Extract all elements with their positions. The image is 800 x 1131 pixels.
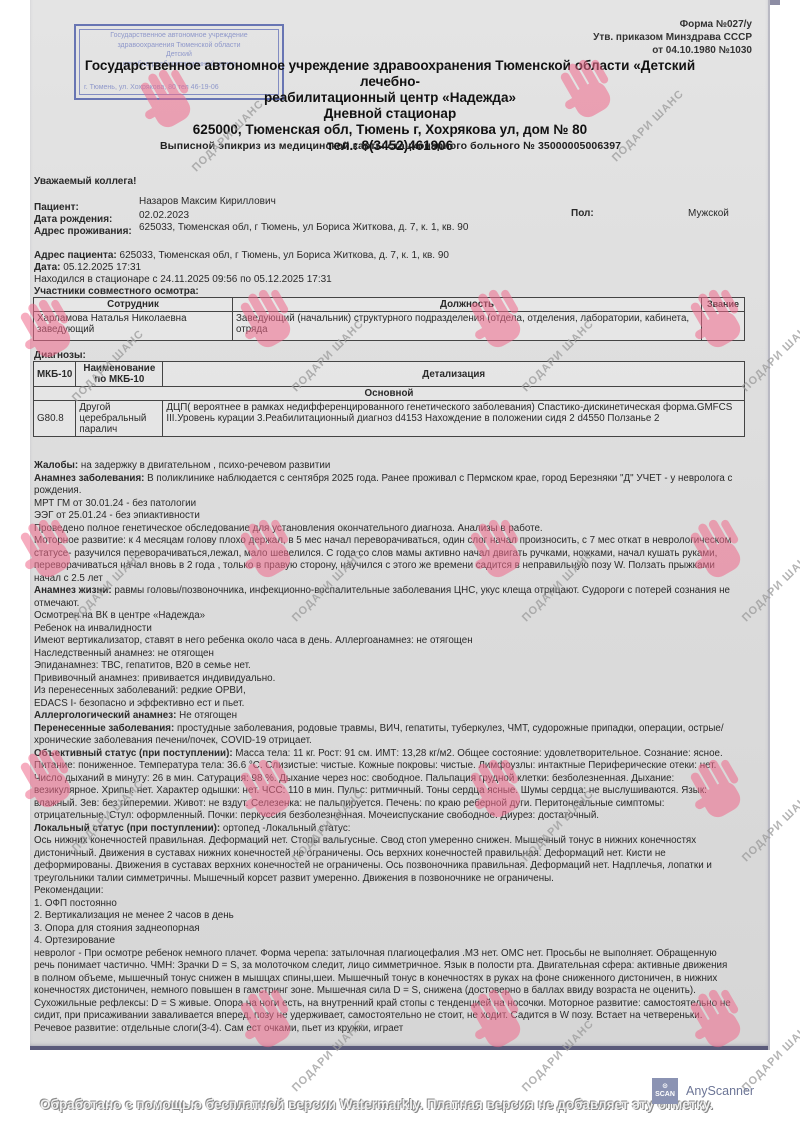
- document-title: Выписной эпикриз из медицинской карты ст…: [160, 140, 621, 152]
- life-line: Из перенесенных заболеваний: редкие ОРВИ…: [34, 685, 734, 698]
- participants-header-position: Должность: [233, 298, 702, 312]
- stay-period: Находился в стационаре с 24.11.2025 09:5…: [34, 274, 332, 287]
- date-value: 05.12.2025 17:31: [63, 262, 141, 273]
- diagnoses-header-code: МКБ-10: [34, 362, 76, 387]
- allergy-label: Аллергологический анамнез:: [34, 710, 176, 721]
- complaints-label: Жалобы:: [34, 460, 78, 471]
- anyscanner-badge: ⊙ SCAN AnyScanner: [652, 1078, 754, 1104]
- form-number: Форма №027/у: [593, 18, 752, 31]
- life-line: Имеют вертикализатор, ставят в него ребе…: [34, 635, 734, 648]
- diagnosis-detail: ДЦП( вероятнее в рамках недифференцирова…: [163, 401, 745, 437]
- local-status-details: Ось нижних конечностей правильная. Дефор…: [34, 835, 734, 885]
- past-label: Перенесенные заболевания:: [34, 723, 174, 734]
- form-approval: Утв. приказом Минздрава СССР: [593, 31, 752, 44]
- diagnosis-name: Другой церебральный паралич: [76, 401, 163, 437]
- dob-label: Дата рождения:: [34, 214, 112, 227]
- stamp-line: Государственное автономное учреждение: [82, 31, 276, 41]
- life-line: EDACS I- безопасно и эффективно ест и пь…: [34, 698, 734, 711]
- mri-result: МРТ ГМ от 30.01.24 - без патологии: [34, 498, 734, 511]
- org-address: 625000, Тюменская обл, Тюмень г, Хохряко…: [70, 122, 710, 138]
- participant-employee: Харламова Наталья Николаевна заведующий: [34, 312, 233, 341]
- patient-label: Пациент:: [34, 202, 79, 215]
- org-name-line2: реабилитационный центр «Надежда»: [70, 90, 710, 106]
- complaints: Жалобы: на задержку в двигательном , пси…: [34, 460, 734, 473]
- epicrisis-body: Жалобы: на задержку в двигательном , пси…: [34, 460, 734, 1035]
- patient-address-label: Адрес пациента:: [34, 250, 117, 261]
- recommendation-item: 3. Опора для стояния заднеопорная: [34, 923, 734, 936]
- date-label: Дата:: [34, 262, 60, 273]
- scan-icon-label: SCAN: [655, 1091, 675, 1099]
- diagnoses-table: МКБ-10 Наименование по МКБ-10 Детализаци…: [33, 361, 745, 437]
- scan-icon: ⊙ SCAN: [652, 1078, 678, 1104]
- neurologist-text: речь понимает частично. ЧМН: Зрачки D = …: [34, 960, 734, 1035]
- motor-development: Моторное развитие: к 4 месяцам голову пл…: [34, 535, 734, 585]
- diagnoses-section-main: Основной: [34, 387, 745, 401]
- recommendation-item: 4. Ортезирование: [34, 935, 734, 948]
- participants-table: Сотрудник Должность Звание Харламова Нат…: [33, 297, 745, 341]
- diagnosis-code: G80.8: [34, 401, 76, 437]
- life-line: Осмотрен на ВК в центре «Надежда»: [34, 610, 734, 623]
- genetic-exam: Проведено полное генетическое обследован…: [34, 523, 734, 536]
- local-status: Локальный статус (при поступлении): орто…: [34, 823, 734, 836]
- objective-status: Объективный статус (при поступлении): Ма…: [34, 748, 734, 823]
- participants-header-rank: Звание: [702, 298, 745, 312]
- life-label: Анамнез жизни:: [34, 585, 112, 596]
- life-line: Эпиданамнез: ТВС, гепатитов, В20 в семье…: [34, 660, 734, 673]
- life-line: Наследственный анамнез: не отягощен: [34, 648, 734, 661]
- form-reference: Форма №027/у Утв. приказом Минздрава ССС…: [593, 18, 752, 57]
- participant-rank: [702, 312, 745, 341]
- disease-anamnesis: Анамнез заболевания: В поликлинике наблю…: [34, 473, 734, 498]
- diagnoses-header-name: Наименование по МКБ-10: [76, 362, 163, 387]
- patient-residence: 625033, Тюменская обл, г Тюмень, ул Бори…: [139, 222, 468, 235]
- patient-name: Назаров Максим Кириллович: [139, 196, 276, 209]
- recommendation-item: 1. ОФП постоянно: [34, 898, 734, 911]
- recommendations-label: Рекомендации:: [34, 885, 734, 898]
- org-name-line1: Государственное автономное учреждение зд…: [70, 58, 710, 90]
- life-text: равмы головы/позвоночника, инфекционно-в…: [34, 585, 730, 609]
- allergy-text: Не отягощен: [179, 710, 237, 721]
- watermarkly-notice: Обработано с помощью бесплатной версии W…: [40, 1097, 713, 1112]
- life-line: Прививочный анамнез: прививается индивид…: [34, 673, 734, 686]
- anamnesis-label: Анамнез заболевания:: [34, 473, 144, 484]
- org-department: Дневной стационар: [70, 106, 710, 122]
- local-text: ортопед -Локальный статус:: [223, 823, 351, 834]
- diagnoses-header-detail: Детализация: [163, 362, 745, 387]
- patient-address-row: Адрес пациента: 625033, Тюменская обл, г…: [34, 250, 449, 263]
- participants-header-employee: Сотрудник: [34, 298, 233, 312]
- scan-icon-glyph: ⊙: [662, 1083, 668, 1091]
- patient-address: 625033, Тюменская обл, г Тюмень, ул Бори…: [120, 250, 449, 261]
- sex-label: Пол:: [571, 208, 594, 221]
- life-line: Ребенок на инвалидности: [34, 623, 734, 636]
- stamp-line: здравоохранения Тюменской области: [82, 41, 276, 51]
- recommendation-item: 2. Вертикализация не менее 2 часов в ден…: [34, 910, 734, 923]
- patient-dob: 02.02.2023: [139, 210, 189, 223]
- table-row: G80.8 Другой церебральный паралич ДЦП( в…: [34, 401, 745, 437]
- past-diseases: Перенесенные заболевания: простудные заб…: [34, 723, 734, 748]
- neurologist-intro: невролог - При осмотре ребенок немного п…: [34, 948, 734, 961]
- patient-sex: Мужской: [688, 208, 729, 221]
- local-label: Локальный статус (при поступлении):: [34, 823, 220, 834]
- form-order: от 04.10.1980 №1030: [593, 44, 752, 57]
- table-row: Харламова Наталья Николаевна заведующий …: [34, 312, 745, 341]
- life-anamnesis: Анамнез жизни: равмы головы/позвоночника…: [34, 585, 734, 610]
- greeting: Уважаемый коллега!: [34, 176, 136, 189]
- date-row: Дата: 05.12.2025 17:31: [34, 262, 141, 275]
- complaints-text: на задержку в двигательном , психо-речев…: [81, 460, 330, 471]
- participant-position: Заведующий (начальник) структурного подр…: [233, 312, 702, 341]
- allergy-anamnesis: Аллергологический анамнез: Не отягощен: [34, 710, 734, 723]
- scanner-name: AnyScanner: [686, 1084, 754, 1098]
- objective-label: Объективный статус (при поступлении):: [34, 748, 233, 759]
- residence-label: Адрес проживания:: [34, 226, 132, 239]
- eeg-result: ЭЭГ от 25.01.24 - без эпиактивности: [34, 510, 734, 523]
